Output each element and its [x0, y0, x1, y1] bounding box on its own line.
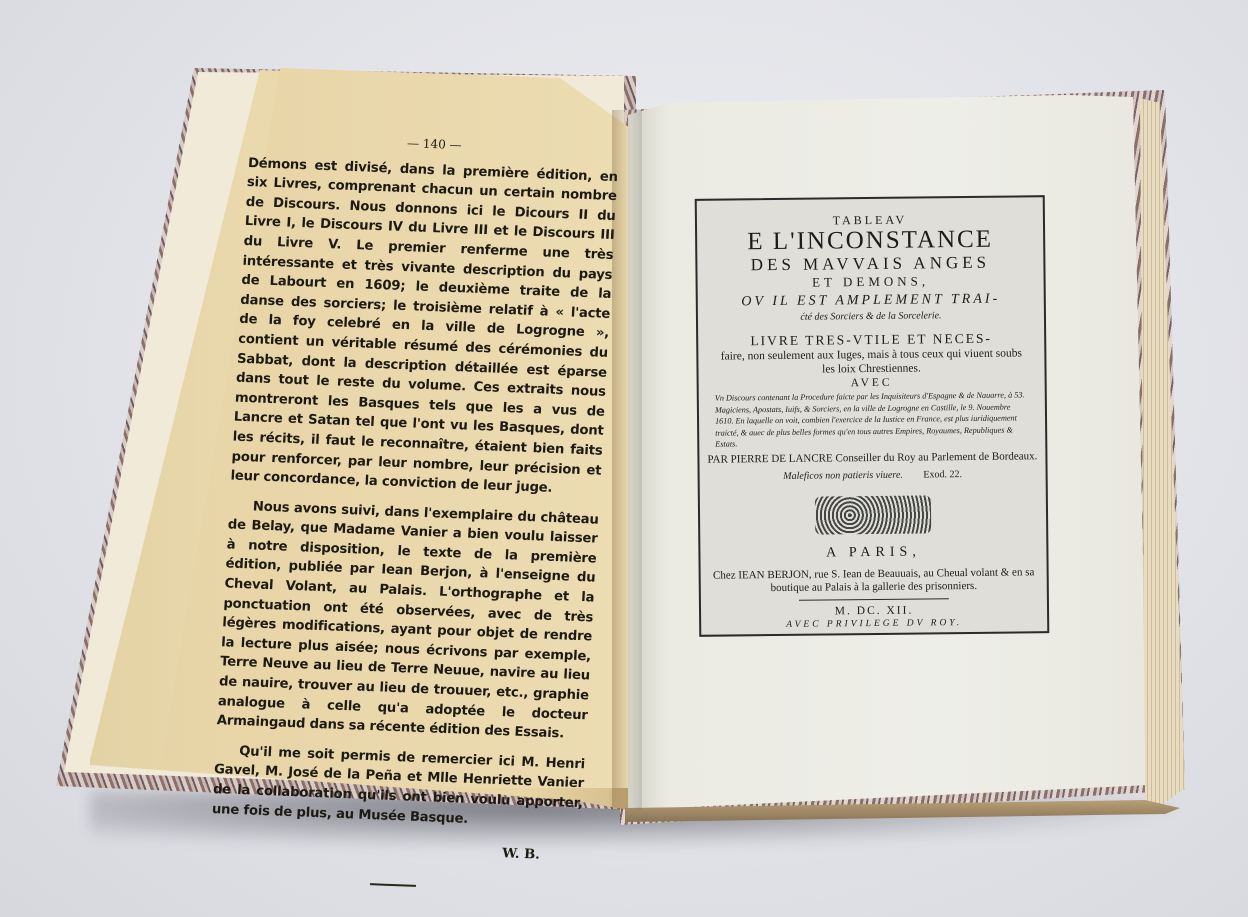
epigraph-text: Maleficos non patieris viuere.	[783, 469, 903, 481]
imprint-publisher: Chez IEAN BERJON, rue S. Iean de Beauuai…	[701, 566, 1047, 596]
book-gutter	[612, 110, 642, 810]
imprint-place: A PARIS,	[700, 542, 1046, 564]
facsimile-title-page: TABLEAV E L'INCONSTANCE DES MAVVAIS ANGE…	[695, 195, 1050, 637]
epigraph: Maleficos non patieris viuere. Exod. 22.	[700, 467, 1046, 484]
paragraph: Qu'il me soit permis de remercier ici M.…	[211, 741, 585, 833]
title-line: E L'INCONSTANCE	[697, 226, 1043, 256]
author-line: PAR PIERRE DE LANCRE Conseiller du Roy a…	[699, 449, 1045, 467]
privilege-line: AVEC PRIVILEGE DV ROY.	[701, 616, 1047, 633]
left-page-text: — 140 — Démons est divisé, dans la premi…	[208, 128, 620, 893]
title-line: OV IL EST AMPLEMENT TRAI-	[698, 290, 1044, 312]
divider	[799, 598, 949, 601]
title-line: ET DEMONS,	[698, 272, 1044, 292]
title-line: Vn Discours contenant la Procedure faict…	[699, 389, 1046, 450]
right-page-edges	[1140, 98, 1185, 810]
paragraph: Démons est divisé, dans la première édit…	[230, 154, 618, 501]
signature: W. B.	[209, 833, 580, 867]
paragraph: Nous avons suivi, dans l'exemplaire du c…	[216, 496, 599, 745]
end-rule	[370, 883, 416, 887]
epigraph-ref: Exod. 22.	[923, 469, 962, 480]
printers-ornament-icon	[815, 495, 931, 534]
title-line: faire, non seulement aux Iuges, mais à t…	[698, 346, 1044, 378]
